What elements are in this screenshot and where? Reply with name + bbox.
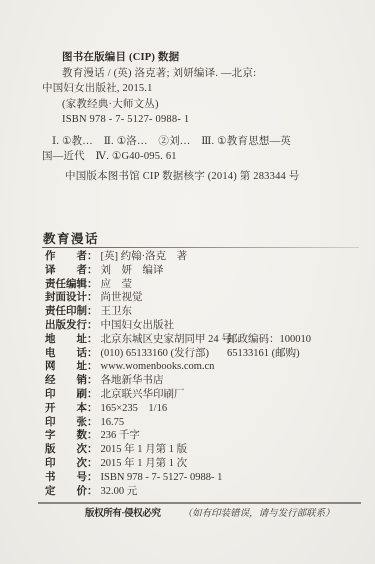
field-label: 电 话： — [45, 347, 98, 361]
title-divider — [42, 247, 359, 248]
cip-publisher-line: 中国妇女出版社, 2015.1 — [42, 81, 364, 97]
field-value: ISBN 978 - 7- 5127- 0988- 1 — [101, 471, 223, 485]
colophon-row-editor: 责任编辑： 应 莹 — [45, 278, 361, 292]
field-value: 16.75 — [101, 416, 125, 430]
field-label: 责任编辑： — [45, 278, 98, 292]
field-value: 中国妇女出版社 — [101, 319, 175, 333]
field-label: 经 销： — [45, 374, 98, 388]
field-label: 出版发行： — [45, 319, 98, 333]
field-label: 印 次： — [45, 457, 98, 471]
field-value: 北京东城区史家胡同甲 24 号 — [101, 333, 232, 347]
colophon-row-address: 地 址： 北京东城区史家胡同甲 24 号 邮政编码：100010 — [45, 333, 361, 347]
copyright-notice: 版权所有·侵权必究 — [85, 507, 161, 521]
colophon-row-isbn: 书 号： ISBN 978 - 7- 5127- 0988- 1 — [45, 471, 361, 485]
cip-series-line: (家教经典·大师文丛) — [42, 97, 364, 113]
field-value: www.womenbooks.com.cn — [101, 360, 215, 374]
field-label: 封面设计： — [45, 291, 98, 305]
field-value: 北京联兴华印刷厂 — [101, 388, 185, 402]
misprint-note: （如有印装错误，请与发行部联系） — [183, 507, 335, 521]
field-label: 网 址： — [45, 360, 98, 374]
footer: 版权所有·侵权必究 （如有印装错误，请与发行部联系） — [85, 507, 335, 521]
cip-block: 图书在版编目 (CIP) 数据 教育漫话 / (英) 洛克著; 刘妍编译. —北… — [42, 50, 364, 184]
field-label: 地 址： — [45, 333, 98, 347]
field-value: 尚世视觉 — [101, 291, 143, 305]
colophon-row-phone: 电 话： (010) 65133160 (发行部) 65133161 (邮购) — [45, 347, 361, 361]
cip-classification-line-2: 国—近代 Ⅳ. ①G40-095. 61 — [42, 149, 364, 165]
colophon-row-edition: 版 次： 2015 年 1 月第 1 版 — [45, 443, 361, 457]
field-value: 32.00 元 — [101, 485, 138, 499]
field-label: 印 刷： — [45, 388, 98, 402]
field-label: 书 号： — [45, 471, 98, 485]
field-label: 字 数： — [45, 429, 98, 443]
footer-divider — [38, 502, 361, 504]
field-label: 定 价： — [45, 485, 98, 499]
cip-heading: 图书在版编目 (CIP) 数据 — [42, 50, 364, 66]
field-value: [英] 约翰·洛克 著 — [101, 250, 188, 264]
colophon-row-sheets: 印 张： 16.75 — [45, 416, 361, 430]
colophon-row-price: 定 价： 32.00 元 — [45, 485, 361, 499]
field-value: 应 莹 — [101, 278, 133, 292]
field-label: 作 者： — [45, 250, 98, 264]
cip-title-line: 教育漫话 / (英) 洛克著; 刘妍编译. —北京: — [42, 66, 364, 82]
colophon-row-printing: 印 次： 2015 年 1 月第 1 次 — [45, 457, 361, 471]
field-value: 刘 妍 编译 — [101, 264, 164, 278]
colophon-row-translator: 译 者： 刘 妍 编译 — [45, 264, 361, 278]
cip-record-line: 中国版本图书馆 CIP 数据核字 (2014) 第 283344 号 — [42, 169, 364, 185]
book-title: 教育漫话 — [43, 229, 99, 247]
colophon-row-cover-design: 封面设计： 尚世视觉 — [45, 291, 361, 305]
colophon-row-printer: 印 刷： 北京联兴华印刷厂 — [45, 388, 361, 402]
field-value: 2015 年 1 月第 1 次 — [101, 457, 188, 471]
field-label: 版 次： — [45, 443, 98, 457]
colophon-row-author: 作 者： [英] 约翰·洛克 著 — [45, 250, 361, 264]
postal-code: 邮政编码：100010 — [227, 333, 311, 347]
field-label: 印 张： — [45, 416, 98, 430]
field-label: 责任印制： — [45, 305, 98, 319]
colophon-row-format: 开 本： 165×235 1/16 — [45, 402, 361, 416]
field-value: 王卫东 — [101, 305, 133, 319]
field-value: 各地新华书店 — [101, 374, 164, 388]
field-value: (010) 65133160 (发行部) — [101, 347, 210, 361]
cip-isbn-line: ISBN 978 - 7- 5127- 0988- 1 — [42, 112, 364, 128]
copyright-page: 图书在版编目 (CIP) 数据 教育漫话 / (英) 洛克著; 刘妍编译. —北… — [0, 0, 375, 564]
colophon-row-word-count: 字 数： 236 千字 — [45, 429, 361, 443]
field-label: 译 者： — [45, 264, 98, 278]
cip-classification-line-1: Ⅰ. ①教… Ⅱ. ①洛… ②刘… Ⅲ. ①教育思想—英 — [42, 134, 364, 150]
colophon-table: 作 者： [英] 约翰·洛克 著 译 者： 刘 妍 编译 责任编辑： 应 莹 封… — [45, 250, 361, 498]
field-value: 236 千字 — [101, 429, 140, 443]
colophon-row-website: 网 址： www.womenbooks.com.cn — [45, 360, 361, 374]
field-value: 2015 年 1 月第 1 版 — [101, 443, 188, 457]
phone-mail-order: 65133161 (邮购) — [227, 347, 300, 361]
colophon-row-print-supervisor: 责任印制： 王卫东 — [45, 305, 361, 319]
field-label: 开 本： — [45, 402, 98, 416]
colophon-row-distribution: 经 销： 各地新华书店 — [45, 374, 361, 388]
field-value: 165×235 1/16 — [101, 402, 168, 416]
colophon-row-publisher: 出版发行： 中国妇女出版社 — [45, 319, 361, 333]
